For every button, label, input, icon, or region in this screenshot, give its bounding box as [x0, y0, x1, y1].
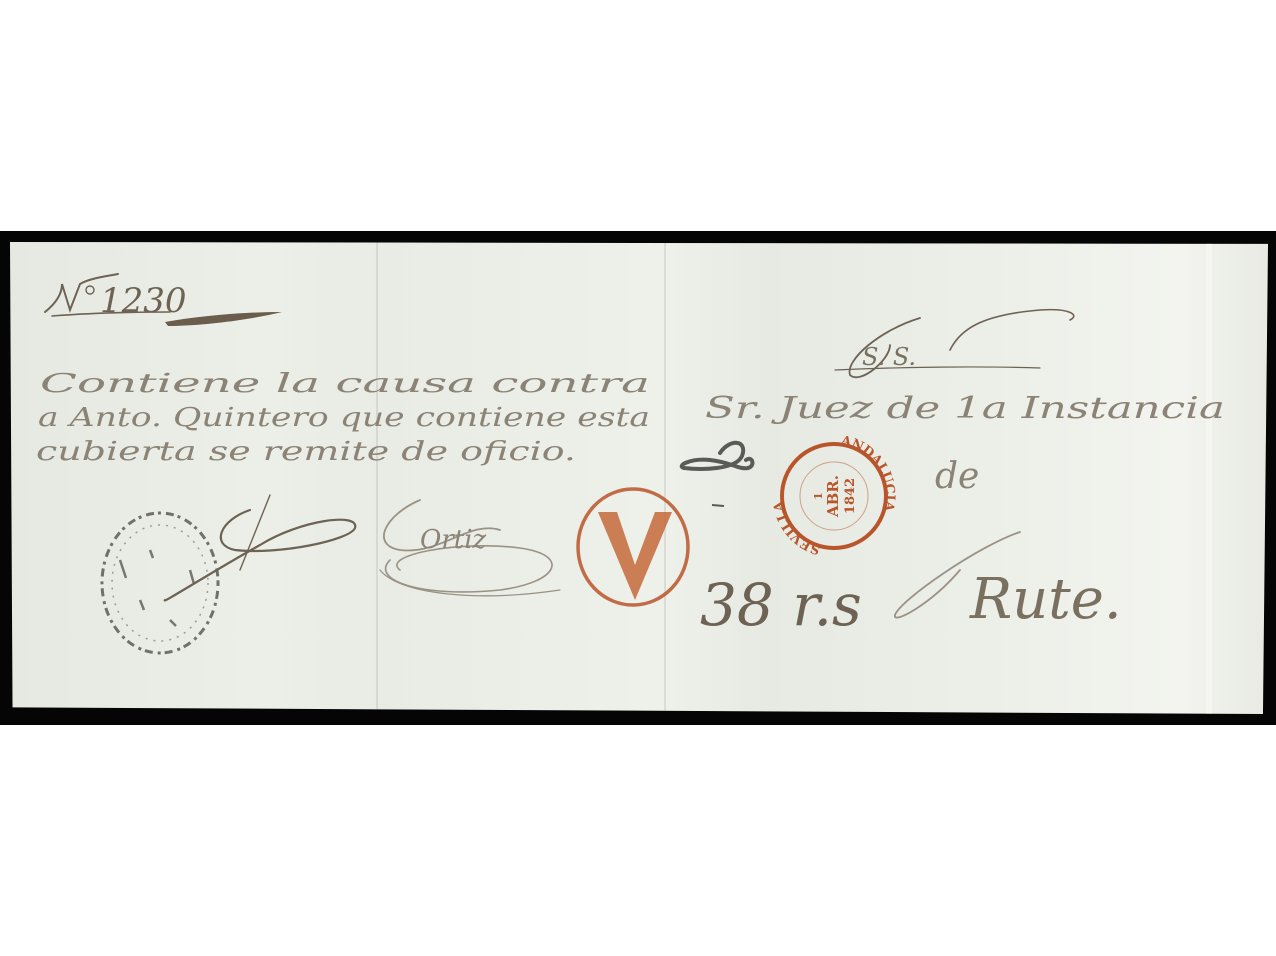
salutation-text: S. S.: [862, 343, 916, 371]
address-salutation: S. S.: [835, 310, 1074, 378]
preposition-de: de: [935, 456, 979, 497]
svg-text:SEVILLA: SEVILLA: [771, 499, 822, 557]
rate-text: 38 r.s: [700, 571, 862, 639]
sevilla-datestamp: SEVILLA ANDALUCIA 1 ABR. 1842: [771, 433, 897, 557]
left-text-line-1: Contiene la causa contra: [40, 369, 650, 399]
rubric-flourish: [165, 495, 356, 600]
handwriting-layer: 1230 Contiene la causa contra a Anto. Qu…: [0, 0, 1276, 956]
manuscript-charge: [682, 443, 753, 506]
circular-v-postmark: V: [578, 489, 688, 605]
left-text-line-2: a Anto. Quintero que contiene esta: [38, 403, 650, 433]
signature: Ortiz: [380, 500, 560, 596]
datestamp-year: 1842: [843, 478, 858, 514]
left-text: Contiene la causa contra a Anto. Quinter…: [36, 369, 650, 467]
city-rute: Rute.: [895, 532, 1122, 632]
recipient-line: Sr. Juez de 1a Instancia: [705, 391, 1225, 426]
reference-number: 1230: [45, 274, 282, 326]
left-text-line-3: cubierta se remite de oficio.: [36, 437, 576, 467]
datestamp-month: ABR.: [824, 475, 842, 518]
city-text: Rute.: [969, 567, 1122, 632]
rate-mark: 38 r.s: [700, 571, 862, 639]
signature-text: Ortiz: [420, 525, 487, 555]
reference-number-digits: 1230: [100, 281, 187, 321]
oval-seal: [102, 513, 218, 653]
